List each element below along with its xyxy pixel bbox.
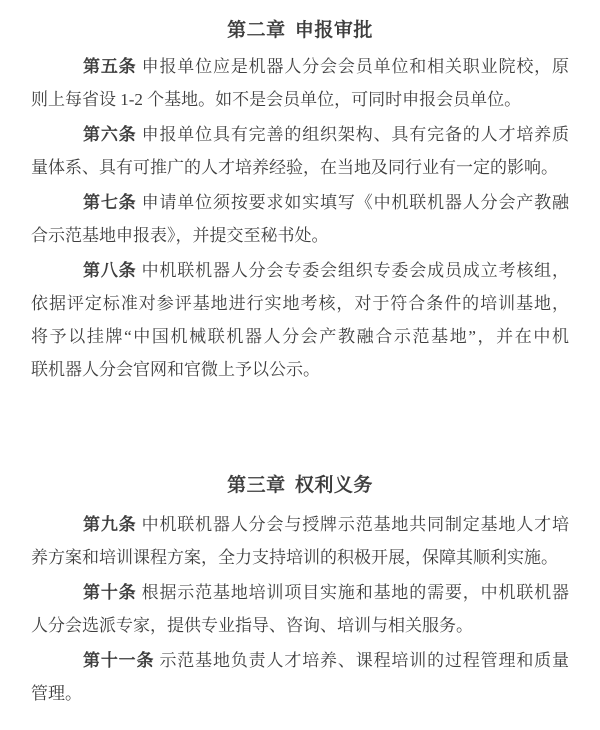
text-line: 第十条 根据示范基地培训项目实施和基地的需要，中机联机器: [31, 576, 569, 609]
text-line: 第七条 申请单位须按要求如实填写《中机联机器人分会产教融: [31, 186, 569, 219]
article-number: 第七条: [83, 193, 137, 212]
text-line: 第六条 申报单位具有完善的组织架构、具有完备的人才培养质: [31, 118, 569, 151]
chapter-heading: 第三章 权利义务: [31, 469, 569, 502]
article-number: 第十条: [83, 583, 137, 602]
text-line: 依据评定标准对参评基地进行实地考核，对于符合条件的培训基地，: [31, 287, 569, 320]
text-line: 量体系、具有可推广的人才培养经验，在当地及同行业有一定的影响。: [31, 151, 569, 184]
text-line: 第五条 申报单位应是机器人分会会员单位和相关职业院校，原: [31, 50, 569, 83]
text-line: 养方案和培训课程方案，全力支持培训的积极开展，保障其顺利实施。: [31, 541, 569, 574]
article-paragraph: 第六条 申报单位具有完善的组织架构、具有完备的人才培养质量体系、具有可推广的人才…: [31, 118, 569, 184]
article-paragraph: 第五条 申报单位应是机器人分会会员单位和相关职业院校，原则上每省设 1-2 个基…: [31, 50, 569, 116]
article-paragraph: 第七条 申请单位须按要求如实填写《中机联机器人分会产教融合示范基地申报表》，并提…: [31, 186, 569, 252]
text-line: 合示范基地申报表》，并提交至秘书处。: [31, 219, 569, 252]
text-line: 将予以挂牌“中国机械联机器人分会产教融合示范基地”，并在中机: [31, 320, 569, 353]
chapter-heading: 第二章 申报审批: [31, 14, 569, 47]
article-number: 第五条: [83, 57, 137, 76]
article-paragraph: 第十一条 示范基地负责人才培养、课程培训的过程管理和质量管理。: [31, 644, 569, 710]
page: 第二章 申报审批第五条 申报单位应是机器人分会会员单位和相关职业院校，原则上每省…: [0, 0, 600, 730]
document-body: 第二章 申报审批第五条 申报单位应是机器人分会会员单位和相关职业院校，原则上每省…: [31, 14, 569, 710]
article-number: 第六条: [83, 125, 137, 144]
text-line: 人分会选派专家，提供专业指导、咨询、培训与相关服务。: [31, 609, 569, 642]
text-line: 联机器人分会官网和官微上予以公示。: [31, 353, 569, 386]
article-paragraph: 第九条 中机联机器人分会与授牌示范基地共同制定基地人才培养方案和培训课程方案，全…: [31, 508, 569, 574]
article-paragraph: 第十条 根据示范基地培训项目实施和基地的需要，中机联机器人分会选派专家，提供专业…: [31, 576, 569, 642]
text-line: 第八条 中机联机器人分会专委会组织专委会成员成立考核组，: [31, 254, 569, 287]
article-number: 第八条: [83, 261, 137, 280]
text-line: 第十一条 示范基地负责人才培养、课程培训的过程管理和质量: [31, 644, 569, 677]
article-number: 第九条: [83, 515, 137, 534]
text-line: 管理。: [31, 677, 569, 710]
document-page: { "page": { "background": "#ffffff", "te…: [0, 0, 600, 730]
article-number: 第十一条: [83, 651, 154, 670]
article-paragraph: 第八条 中机联机器人分会专委会组织专委会成员成立考核组，依据评定标准对参评基地进…: [31, 254, 569, 386]
text-line: 第九条 中机联机器人分会与授牌示范基地共同制定基地人才培: [31, 508, 569, 541]
text-line: 则上每省设 1-2 个基地。如不是会员单位，可同时申报会员单位。: [31, 83, 569, 116]
